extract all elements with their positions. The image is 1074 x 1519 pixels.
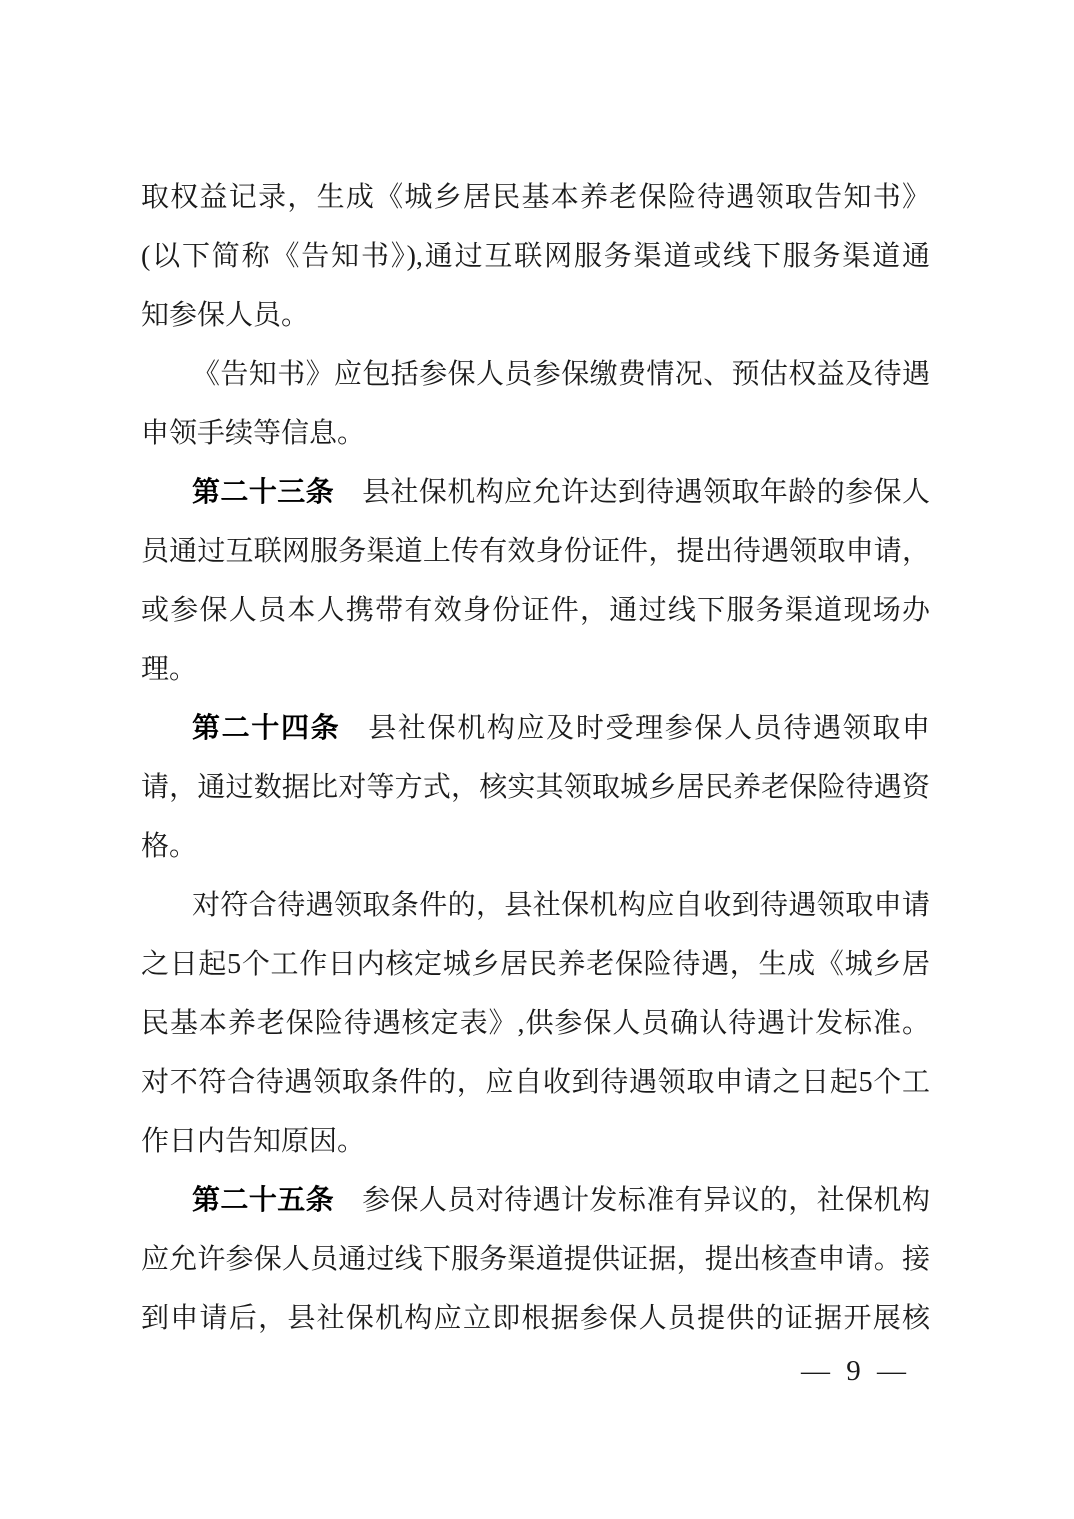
text-line: 对符合待遇领取条件的，县社保机构应自收到待遇领取申请: [141, 876, 930, 935]
page-number: — 9 —: [801, 1351, 906, 1391]
text-line: 对不符合待遇领取条件的，应自收到待遇领取申请之日起5个工: [141, 1053, 930, 1112]
text-run: 格。: [141, 831, 197, 862]
text-run: 或参保人员本人携带有效身份证件，通过线下服务渠道现场办: [141, 595, 930, 626]
document-page: 取权益记录，生成《城乡居民基本养老保险待遇领取告知书》(以下简称《告知书》),通…: [0, 0, 1074, 1519]
text-run: 知参保人员。: [141, 300, 309, 331]
text-line: 《告知书》应包括参保人员参保缴费情况、预估权益及待遇: [141, 345, 930, 404]
text-line: 格。: [141, 817, 930, 876]
text-line: 申领手续等信息。: [141, 404, 930, 463]
text-line: 第二十五条参保人员对待遇计发标准有异议的，社保机构: [141, 1171, 930, 1230]
text-line: 第二十四条县社保机构应及时受理参保人员待遇领取申: [141, 699, 930, 758]
text-line: 应允许参保人员通过线下服务渠道提供证据，提出核查申请。接: [141, 1230, 930, 1289]
article-number-heading: 第二十五条: [192, 1185, 334, 1216]
text-line: 取权益记录，生成《城乡居民基本养老保险待遇领取告知书》: [141, 168, 930, 227]
article-number-heading: 第二十四条: [192, 713, 340, 744]
text-run: 《告知书》应包括参保人员参保缴费情况、预估权益及待遇: [192, 359, 930, 390]
text-run: 员通过互联网服务渠道上传有效身份证件，提出待遇领取申请，: [141, 536, 930, 567]
text-line: 第二十三条县社保机构应允许达到待遇领取年龄的参保人: [141, 463, 930, 522]
text-line: 民基本养老保险待遇核定表》,供参保人员确认待遇计发标准。: [141, 994, 930, 1053]
text-run: 之日起5个工作日内核定城乡居民养老保险待遇，生成《城乡居: [141, 949, 930, 980]
text-run: 县社保机构应允许达到待遇领取年龄的参保人: [362, 477, 930, 508]
text-line: 请，通过数据比对等方式，核实其领取城乡居民养老保险待遇资: [141, 758, 930, 817]
text-run: 申领手续等信息。: [141, 418, 365, 449]
article-number-heading: 第二十三条: [192, 477, 334, 508]
text-run: 理。: [141, 654, 197, 685]
text-run: 对符合待遇领取条件的，县社保机构应自收到待遇领取申请: [192, 890, 930, 921]
text-line: 员通过互联网服务渠道上传有效身份证件，提出待遇领取申请，: [141, 522, 930, 581]
text-run: 县社保机构应及时受理参保人员待遇领取申: [368, 713, 930, 744]
text-line: 或参保人员本人携带有效身份证件，通过线下服务渠道现场办: [141, 581, 930, 640]
text-run: 对不符合待遇领取条件的，应自收到待遇领取申请之日起5个工: [141, 1067, 930, 1098]
text-run: 请，通过数据比对等方式，核实其领取城乡居民养老保险待遇资: [141, 772, 930, 803]
text-run: 取权益记录，生成《城乡居民基本养老保险待遇领取告知书》: [141, 182, 930, 213]
text-run: (以下简称《告知书》),通过互联网服务渠道或线下服务渠道通: [141, 241, 930, 272]
text-run: 应允许参保人员通过线下服务渠道提供证据，提出核查申请。接: [141, 1244, 930, 1275]
text-run: 作日内告知原因。: [141, 1126, 365, 1157]
text-line: 作日内告知原因。: [141, 1112, 930, 1171]
text-line: (以下简称《告知书》),通过互联网服务渠道或线下服务渠道通: [141, 227, 930, 286]
text-run: 参保人员对待遇计发标准有异议的，社保机构: [362, 1185, 930, 1216]
text-line: 到申请后，县社保机构应立即根据参保人员提供的证据开展核: [141, 1289, 930, 1348]
text-line: 理。: [141, 640, 930, 699]
text-line: 之日起5个工作日内核定城乡居民养老保险待遇，生成《城乡居: [141, 935, 930, 994]
document-body: 取权益记录，生成《城乡居民基本养老保险待遇领取告知书》(以下简称《告知书》),通…: [141, 168, 930, 1348]
text-run: 到申请后，县社保机构应立即根据参保人员提供的证据开展核: [141, 1303, 930, 1334]
text-line: 知参保人员。: [141, 286, 930, 345]
text-run: 民基本养老保险待遇核定表》,供参保人员确认待遇计发标准。: [141, 1008, 930, 1039]
